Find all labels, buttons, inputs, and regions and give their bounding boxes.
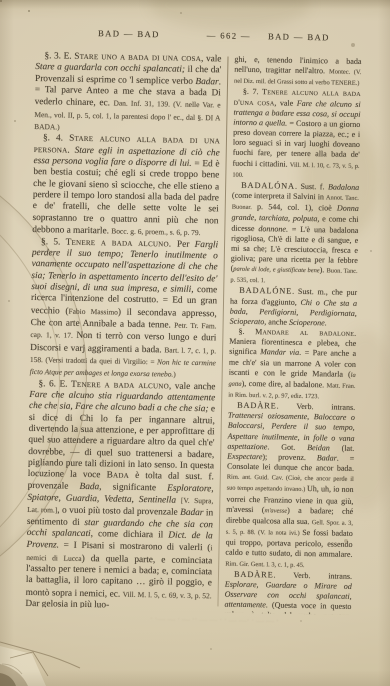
dictionary-paragraph: §. 6. E. Tenere a bada alcuno, vale anch… [25,379,215,611]
dictionary-paragraph: §. 5. Tenere a bada alcuno. Per Fargli p… [30,236,219,382]
dictionary-paragraph: ghi, e, tenendo l'inimico a bada nell'un… [234,55,362,90]
running-head-right: BAD — BAD [268,31,330,42]
dictionary-paragraph: §. 7. Tenere alcuno alla bada d'una cosa… [232,87,361,183]
scanned-book-page: · ·— — · — ·· — — · · — —· · — — · BAD —… [0,0,390,686]
entry-badalona: BADALÓNA. Sust. f. Badalona (come interp… [230,181,359,289]
dictionary-paragraph: §. 4. Stare alcuno alla bada di una pers… [32,133,220,239]
page-number: — 662 — [207,30,251,41]
paper-specks [0,0,2,2]
show-through-ink: · ·— — · — ·· — — · · — —· · — — · [150,614,350,627]
dictionary-paragraph: §. 3. E. Stare uno a bada di una cosa, v… [34,51,221,137]
right-column: ghi, e, tenendo l'inimico a bada nell'un… [224,55,361,615]
paper-stain [150,0,310,30]
running-head-left: BAD — BAD [98,28,160,39]
left-column: §. 3. E. Stare uno a bada di una cosa, v… [25,51,221,610]
running-head: BAD — BAD — 662 — BAD — BAD [36,27,362,48]
dictionary-paragraph: §. Mandare al badalone. Maniera fiorenti… [228,327,356,403]
text-columns: §. 3. E. Stare uno a bada di una cosa, v… [25,51,361,615]
entry-badare-1: BADÀRE. Verb. intrans. Trattenersi ozios… [225,401,355,572]
entry-badare-2: BADÀRE. Verb. intrans. Esplorare, Guarda… [224,569,352,615]
page-content: BAD — BAD — 662 — BAD — BAD §. 3. E. Sta… [25,27,362,615]
entry-badalone: BADALÓNE. Sust. m., che pur ha forza d'a… [230,286,358,329]
